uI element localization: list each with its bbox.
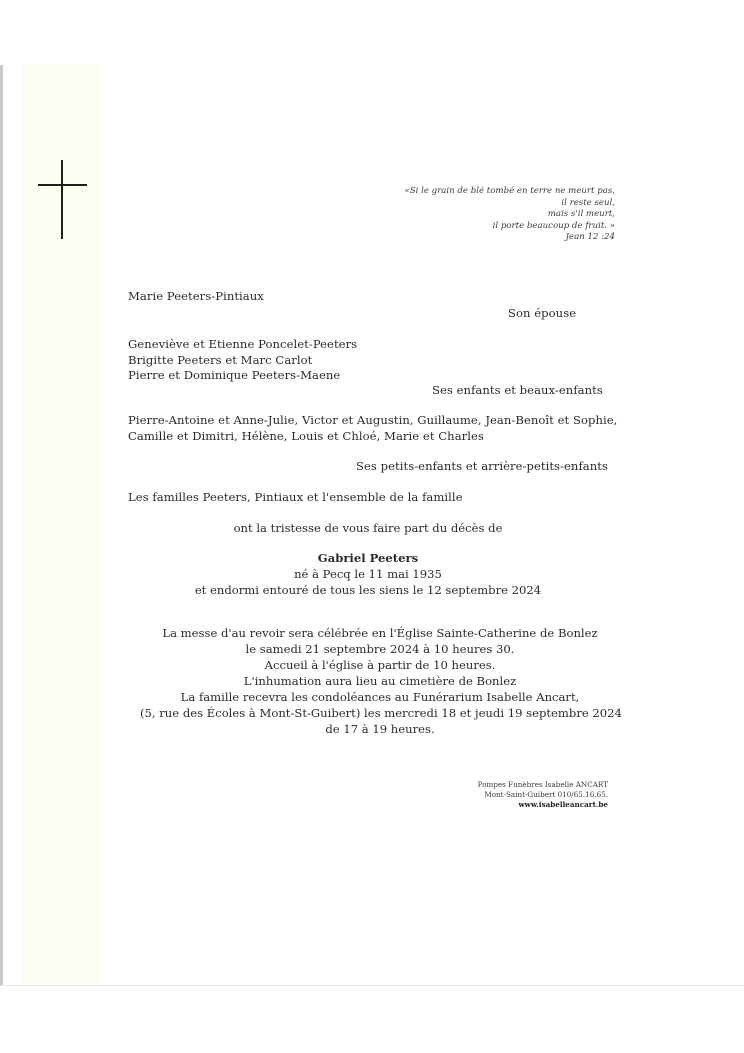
quote-line: il reste seul,	[404, 198, 615, 210]
deceased-name: Gabriel Peeters	[128, 550, 608, 566]
quote-line: «Si le grain de blé tombé en terre ne me…	[404, 186, 615, 198]
children-role: Ses enfants et beaux-enfants	[432, 382, 603, 398]
funeral-home-name: Pompes Funèbres Isabelle ANCART	[478, 780, 608, 790]
page-bottom-edge	[0, 985, 744, 986]
spouse-name: Marie Peeters-Pintiaux	[128, 288, 264, 304]
quote-reference: Jean 12 :24	[404, 232, 615, 244]
grandchildren-line: Camille et Dimitri, Hélène, Louis et Chl…	[128, 428, 484, 444]
ceremony-line: de 17 à 19 heures.	[140, 721, 620, 737]
deceased-born: né à Pecq le 11 mai 1935	[128, 566, 608, 582]
families-line: Les familles Peeters, Pintiaux et l'ense…	[128, 489, 463, 505]
ceremony-line: La famille recevra les condoléances au F…	[140, 689, 620, 705]
spouse-role: Son épouse	[508, 305, 576, 321]
child-line: Brigitte Peeters et Marc Carlot	[128, 352, 312, 368]
funeral-home-address: Mont-Saint-Guibert 010/65.16.65.	[478, 790, 608, 800]
ceremony-line: La messe d'au revoir sera célébrée en l'…	[140, 625, 620, 641]
child-line: Pierre et Dominique Peeters-Maene	[128, 367, 340, 383]
grandchildren-role: Ses petits-enfants et arrière-petits-enf…	[356, 458, 608, 474]
ceremony-line: Accueil à l'église à partir de 10 heures…	[140, 657, 620, 673]
child-line: Geneviève et Etienne Poncelet-Peeters	[128, 336, 357, 352]
grandchildren-line: Pierre-Antoine et Anne-Julie, Victor et …	[128, 412, 617, 428]
bible-quote: «Si le grain de blé tombé en terre ne me…	[404, 186, 615, 244]
funeral-home-website: www.isabelleancart.be	[478, 800, 608, 810]
ceremony-line: L'inhumation aura lieu au cimetière de B…	[140, 673, 620, 689]
funeral-home-footer: Pompes Funèbres Isabelle ANCART Mont-Sai…	[478, 780, 608, 810]
cross-horizontal-bar	[38, 184, 87, 186]
quote-line: mais s'il meurt,	[404, 209, 615, 221]
page-left-edge	[0, 65, 3, 985]
announcement-line: ont la tristesse de vous faire part du d…	[128, 520, 608, 536]
quote-line: il porte beaucoup de fruit. »	[404, 221, 615, 233]
ceremony-line: le samedi 21 septembre 2024 à 10 heures …	[140, 641, 620, 657]
cross-vertical-bar	[61, 160, 63, 239]
ceremony-line: (5, rue des Écoles à Mont-St-Guibert) le…	[140, 705, 620, 721]
ceremony-block: La messe d'au revoir sera célébrée en l'…	[140, 625, 620, 737]
deceased-block: Gabriel Peeters né à Pecq le 11 mai 1935…	[128, 550, 608, 598]
deceased-died: et endormi entouré de tous les siens le …	[128, 582, 608, 598]
